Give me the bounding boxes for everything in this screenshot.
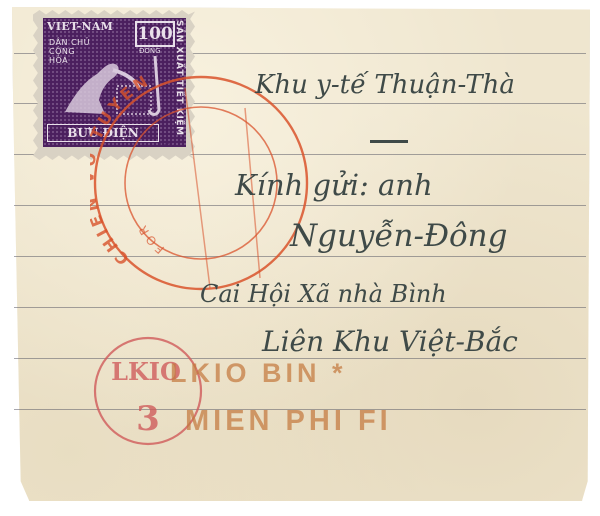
- address-line-1: Khu y-tế Thuận-Thà: [255, 70, 515, 100]
- address-line-4: Cai Hội Xã nhà Bình: [200, 280, 447, 308]
- svg-text:3: 3: [136, 399, 160, 439]
- address-line-3: Nguyễn-Đông: [290, 218, 507, 254]
- cachet-line-2: MIEN PHI FI: [185, 405, 392, 438]
- stamp-value: 100: [135, 21, 175, 47]
- address-line-2: Kính gửi: anh: [235, 168, 433, 202]
- stamp-subtitle-line: DÂN CHỦ: [49, 38, 90, 47]
- underline-dash: [370, 140, 408, 143]
- address-line-5: Liên Khu Việt-Bắc: [262, 325, 518, 358]
- cachet-line-1: LKIO BIN *: [170, 358, 347, 389]
- stamp-country: VIET-NAM: [47, 20, 113, 33]
- svg-text:FOR: FOR: [134, 221, 167, 257]
